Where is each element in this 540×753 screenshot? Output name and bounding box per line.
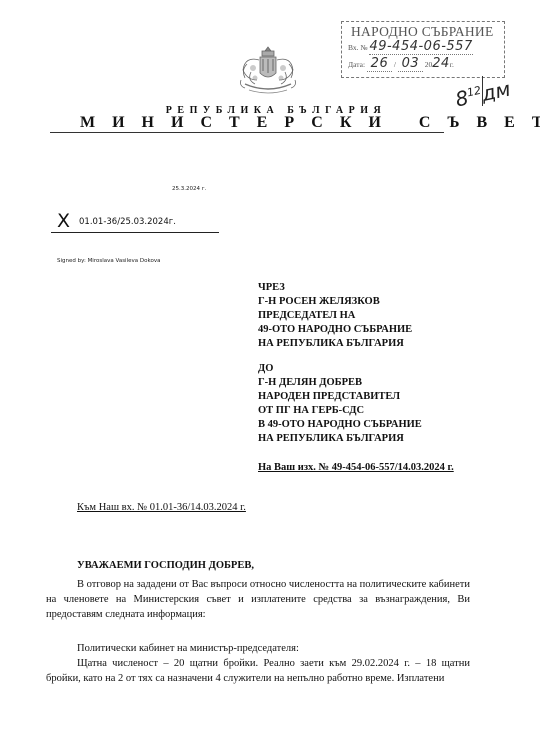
stamp-incoming-number: 49-454-06-557 — [369, 39, 472, 55]
address-via-line: ЧРЕЗ — [258, 281, 412, 295]
your-reference: На Ваш изх. № 49-454-06-557/14.03.2024 г… — [258, 462, 454, 473]
handwritten-initials: дм — [479, 76, 512, 105]
signed-by: Signed by: Miroslava Vasileva Dokova — [57, 258, 160, 264]
our-reference: Към Наш вх. № 01.01-36/14.03.2024 г. — [77, 502, 246, 513]
body-paragraph-1-text: В отговор на зададени от Вас въпроси отн… — [46, 577, 470, 622]
address-via-line: ПРЕДСЕДАТЕЛ НА — [258, 309, 412, 323]
body-paragraph-2-text: Щатна численост – 20 щатни бройки. Реалн… — [46, 656, 470, 686]
address-to-block: ДО Г-Н ДЕЛЯН ДОБРЕВ НАРОДЕН ПРЕДСТАВИТЕЛ… — [258, 362, 422, 446]
coat-of-arms-emblem — [233, 44, 303, 100]
address-to-line: НА РЕПУБЛИКА БЪЛГАРИЯ — [258, 432, 422, 446]
address-via-line: НА РЕПУБЛИКА БЪЛГАРИЯ — [258, 337, 412, 351]
address-to-line: Г-Н ДЕЛЯН ДОБРЕВ — [258, 376, 422, 390]
address-via-line: Г-Н РОСЕН ЖЕЛЯЗКОВ — [258, 295, 412, 309]
stamp-title: НАРОДНО СЪБРАНИЕ — [351, 24, 494, 40]
stamp-incoming-label: Вх. № — [348, 43, 368, 52]
stamp-year-end: г. — [450, 60, 454, 69]
stamp-date-line: Дата: 26 / 03 2024г. — [348, 56, 454, 72]
stamp-year-suffix: 24 — [432, 56, 450, 71]
body-paragraph-2-heading: Политически кабинет на министър-председа… — [46, 641, 470, 656]
body-paragraph-2: Политически кабинет на министър-председа… — [46, 641, 470, 686]
stamp-date-label: Дата: — [348, 60, 365, 69]
address-to-line: В 49-ОТО НАРОДНО СЪБРАНИЕ — [258, 418, 422, 432]
address-via-block: ЧРЕЗ Г-Н РОСЕН ЖЕЛЯЗКОВ ПРЕДСЕДАТЕЛ НА 4… — [258, 281, 412, 351]
body-paragraph-1: В отговор на зададени от Вас въпроси отн… — [46, 577, 470, 622]
letterhead-divider — [50, 132, 444, 133]
address-via-line: 49-ОТО НАРОДНО СЪБРАНИЕ — [258, 323, 412, 337]
letterhead-council: МИНИСТЕРСКИ СЪВЕТ — [80, 114, 540, 132]
address-to-line: ДО — [258, 362, 422, 376]
address-to-line: ОТ ПГ НА ГЕРБ-СДС — [258, 404, 422, 418]
signature-date: 25.3.2024 г. — [172, 186, 206, 192]
stamp-month: 03 — [402, 56, 420, 71]
signature-line — [51, 232, 219, 233]
stamp-day: 26 — [371, 56, 389, 71]
stamp-incoming-line: Вх. № 49-454-06-557 — [348, 39, 473, 55]
salutation: УВАЖАЕМИ ГОСПОДИН ДОБРЕВ, — [77, 560, 254, 571]
signature-reg-number: 01.01-36/25.03.2024г. — [79, 217, 176, 227]
signature-mark-icon: X — [57, 210, 70, 232]
address-to-line: НАРОДЕН ПРЕДСТАВИТЕЛ — [258, 390, 422, 404]
registration-stamp: НАРОДНО СЪБРАНИЕ Вх. № 49-454-06-557 Дат… — [341, 21, 505, 78]
